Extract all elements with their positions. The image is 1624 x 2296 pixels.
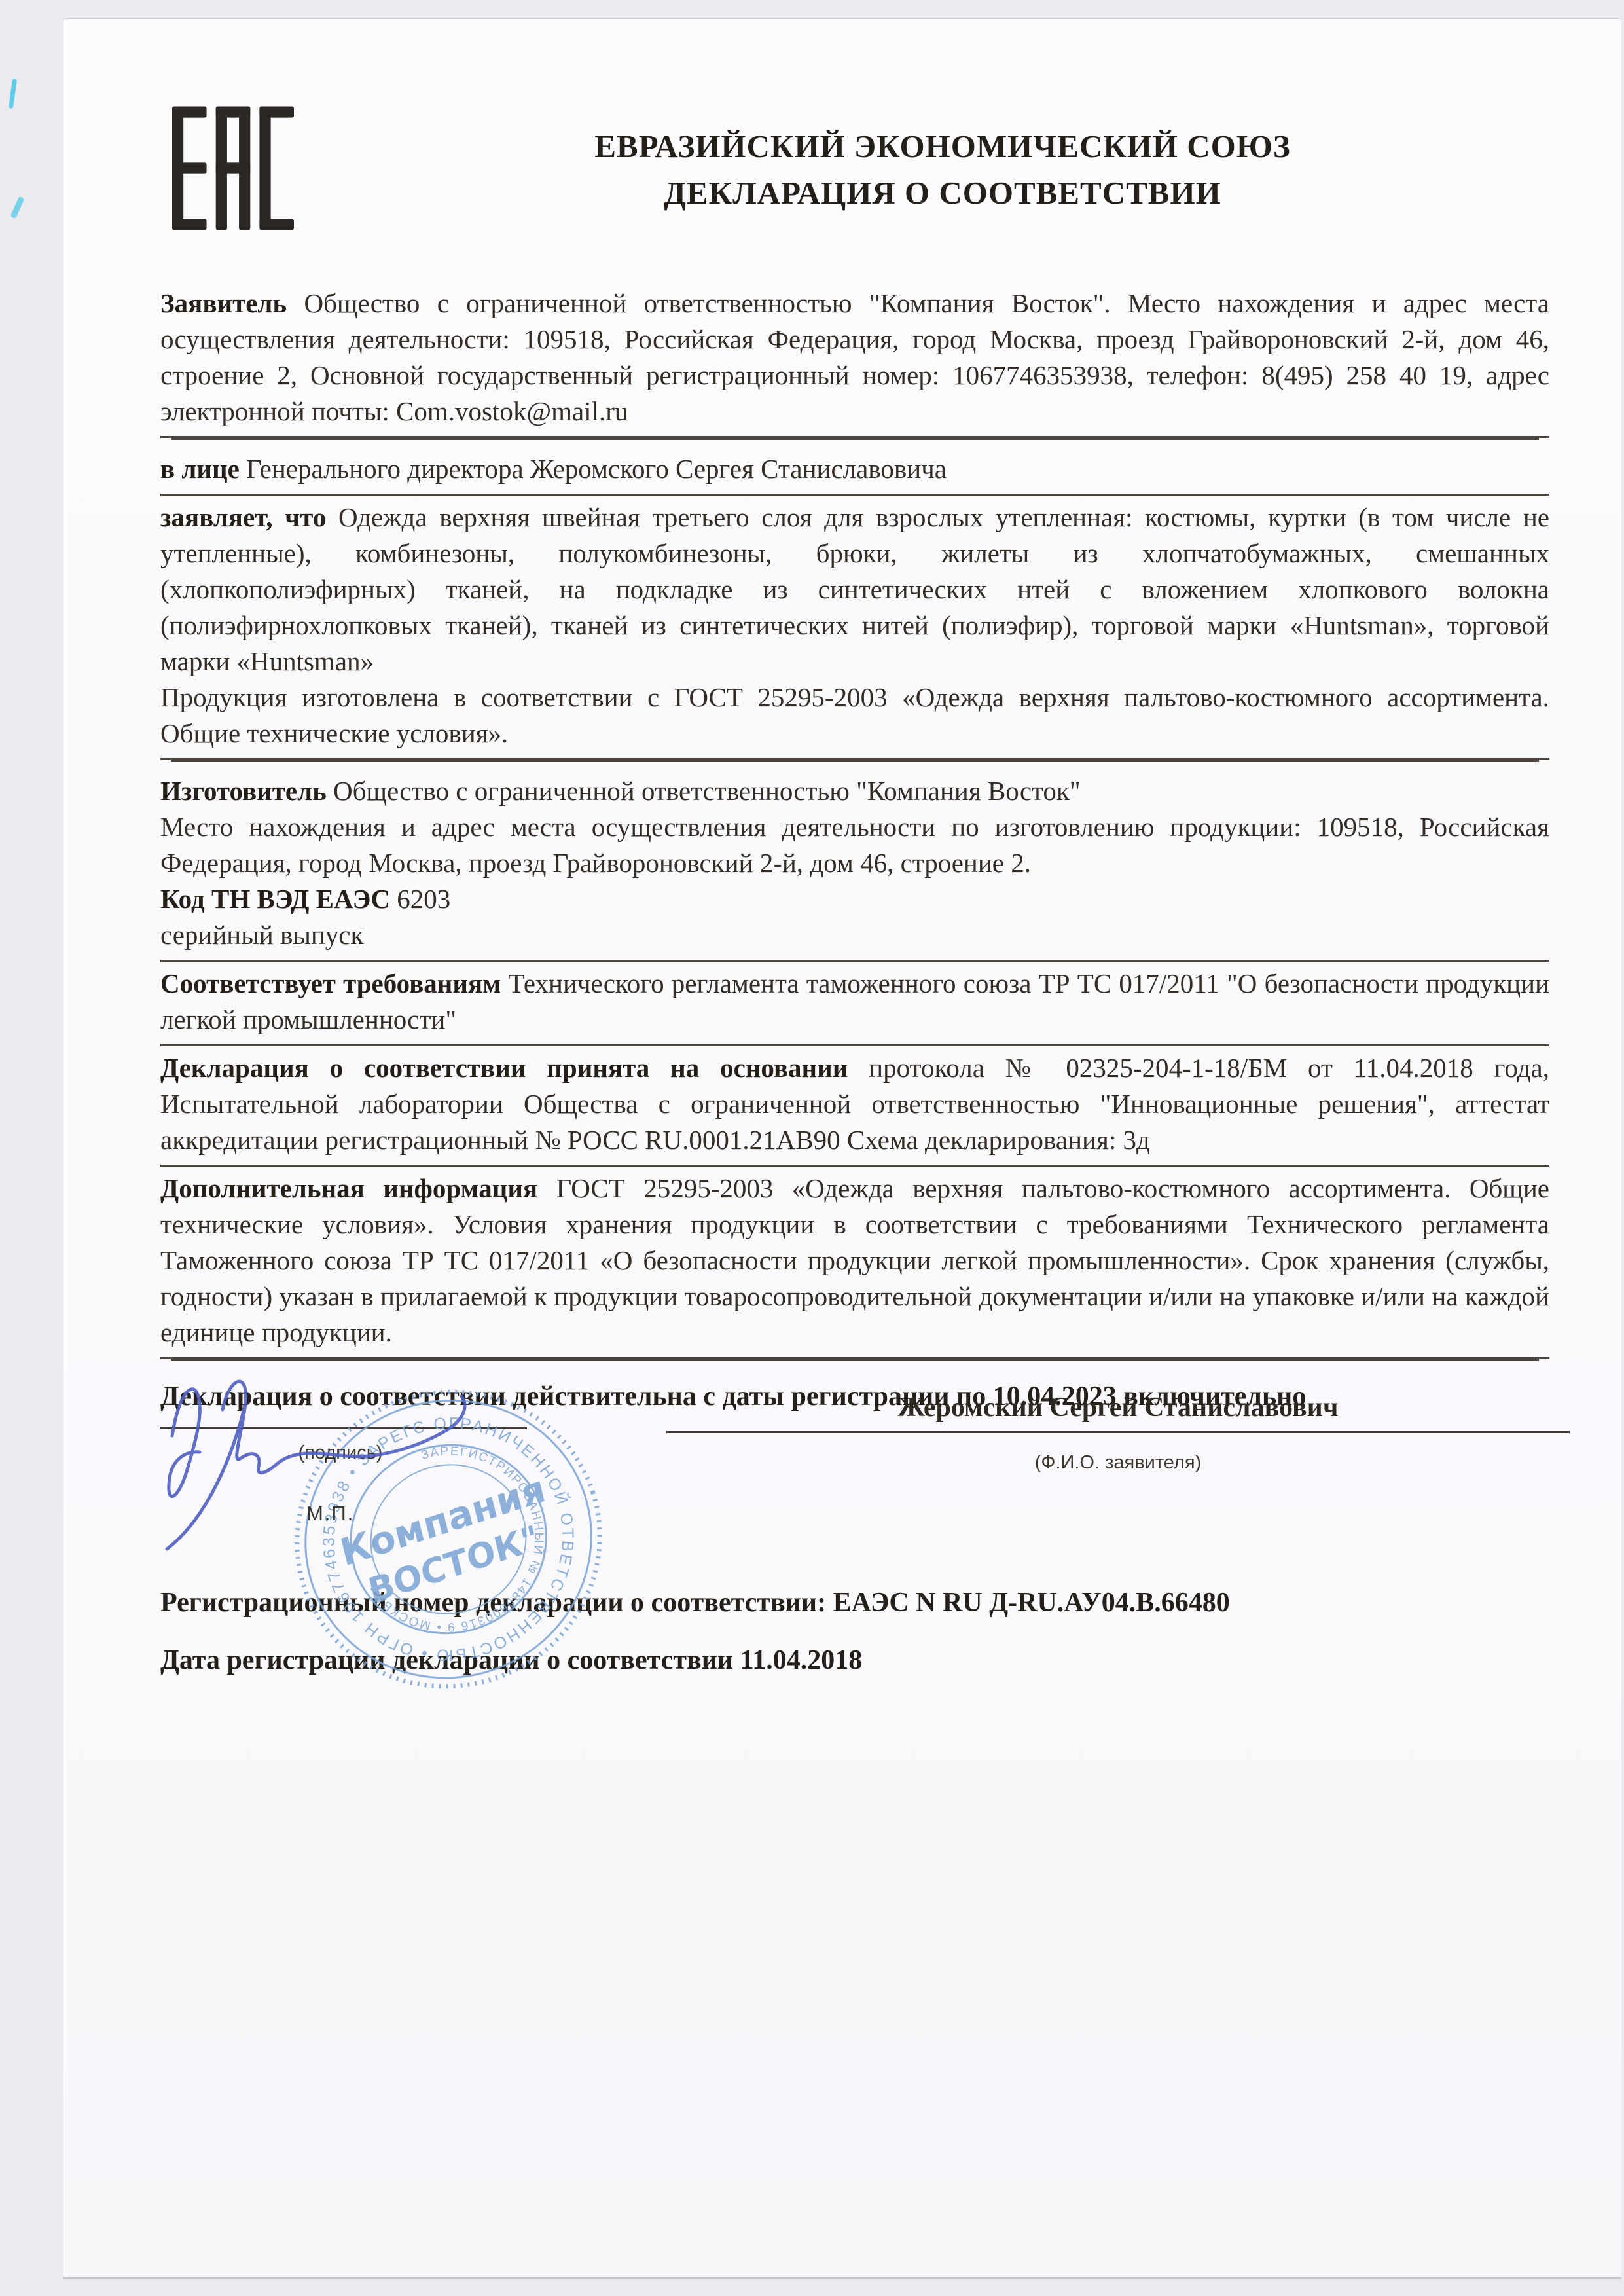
title-line-union: ЕВРАЗИЙСКИЙ ЭКОНОМИЧЕСКИЙ СОЮЗ	[367, 123, 1519, 170]
complies-label: Соответствует требованиям	[160, 968, 501, 998]
declares-label: заявляет, что	[160, 502, 326, 532]
declares-gost-text: Продукция изготовлена в соответствии с Г…	[160, 680, 1549, 752]
signature-line	[160, 1427, 527, 1429]
applicant-label: Заявитель	[160, 288, 287, 318]
fio-line	[666, 1431, 1570, 1433]
section-applicant: Заявитель Общество с ограниченной ответс…	[160, 282, 1549, 438]
manufacturer-address: Место нахождения и адрес места осуществл…	[160, 809, 1549, 881]
tnved-code-value: 6203	[397, 884, 450, 914]
declares-text: Одежда верхняя швейная третьего слоя для…	[160, 502, 1549, 676]
section-manufacturer: Изготовитель Общество с ограниченной отв…	[160, 769, 1549, 962]
basis-label: Декларация о соответствии принята на осн…	[160, 1053, 848, 1083]
fio-caption: (Ф.И.О. заявителя)	[666, 1452, 1570, 1474]
scanner-ink-mark	[10, 196, 24, 219]
manufacturer-text: Общество с ограниченной ответственностью…	[333, 776, 1081, 806]
applicant-text: Общество с ограниченной ответственностью…	[160, 288, 1549, 426]
manufacturer-label: Изготовитель	[160, 776, 327, 806]
signature-caption: (подпись)	[259, 1442, 422, 1464]
represented-by-label: в лице	[160, 454, 240, 484]
scanner-ink-mark	[9, 79, 17, 109]
issue-type: серийный выпуск	[160, 917, 1549, 953]
mp-label: М.П.	[306, 1502, 354, 1525]
section-complies: Соответствует требованиям Технического р…	[160, 962, 1549, 1046]
section-declares: заявляет, что Одежда верхняя швейная тре…	[160, 496, 1549, 760]
represented-by-text: Генерального директора Жеромского Сергея…	[246, 454, 947, 484]
section-additional-info: Дополнительная информация ГОСТ 25295-200…	[160, 1167, 1549, 1359]
title-line-declaration: ДЕКЛАРАЦИЯ О СООТВЕТСТВИИ	[367, 170, 1519, 216]
registration-date-line: Дата регистрации декларации о соответств…	[160, 1645, 1555, 1676]
additional-info-label: Дополнительная информация	[160, 1173, 537, 1203]
scanned-document-page: { "page": { "logo_text": "EAC", "title_l…	[0, 0, 1624, 2296]
registration-number-line: Регистрационный номер декларации о соотв…	[160, 1587, 1555, 1618]
eac-logo	[172, 106, 294, 230]
declaration-body: Заявитель Общество с ограниченной ответс…	[160, 282, 1549, 1415]
applicant-fio: Жеромский Сергей Станиславович	[666, 1392, 1570, 1423]
section-represented-by: в лице Генерального директора Жеромского…	[160, 447, 1549, 496]
tnved-code-label: Код ТН ВЭД ЕАЭС	[160, 884, 390, 914]
document-title: ЕВРАЗИЙСКИЙ ЭКОНОМИЧЕСКИЙ СОЮЗ ДЕКЛАРАЦИ…	[367, 123, 1519, 216]
section-basis: Декларация о соответствии принята на осн…	[160, 1046, 1549, 1167]
